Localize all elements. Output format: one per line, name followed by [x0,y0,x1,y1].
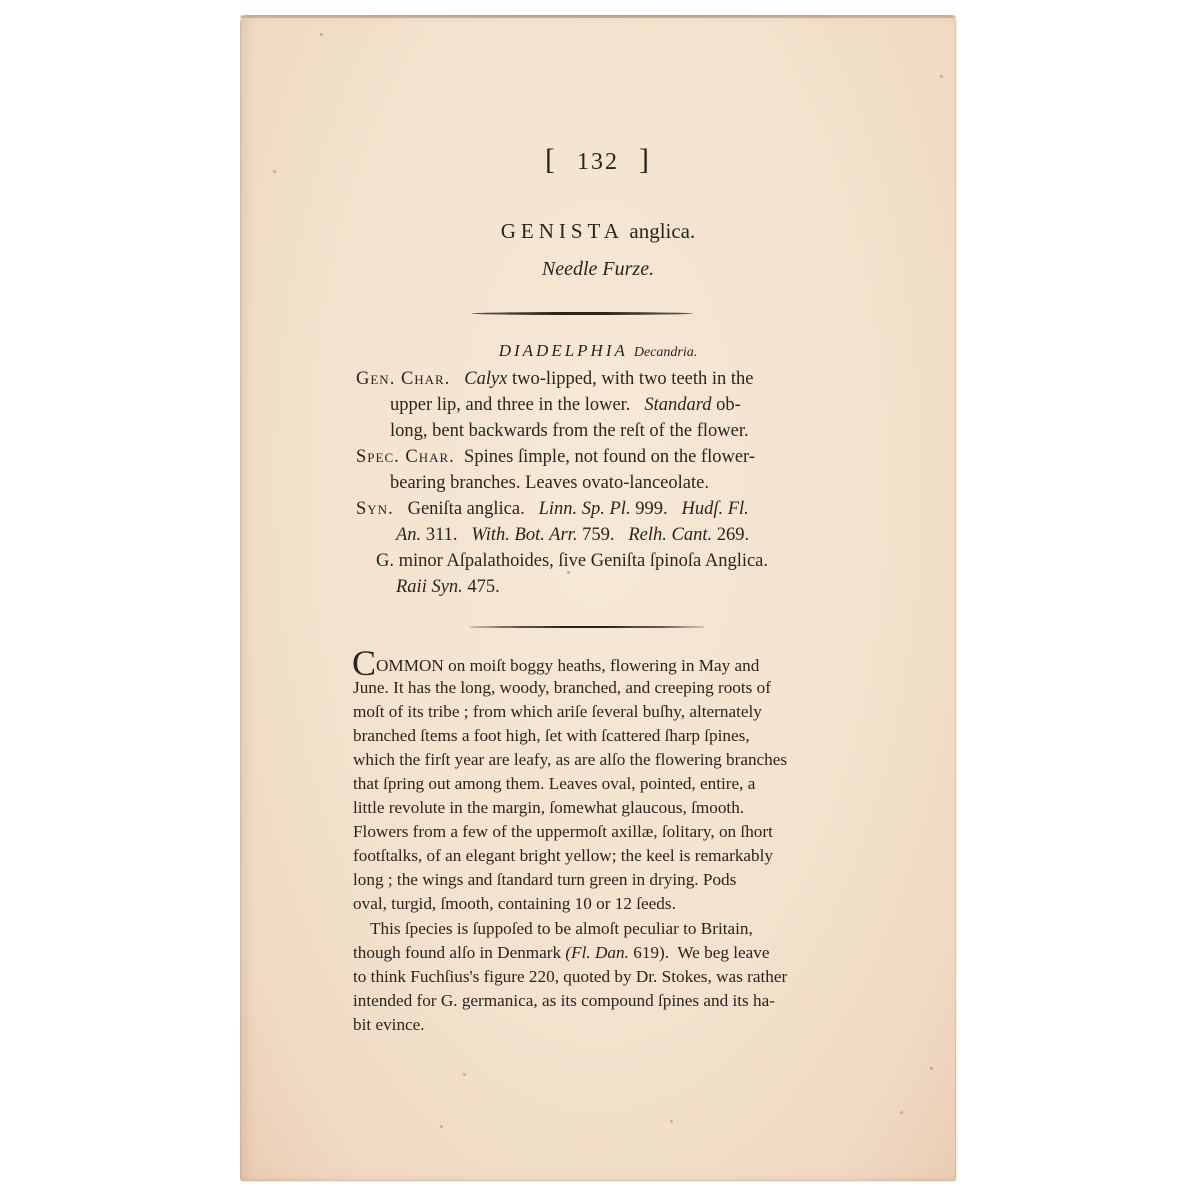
description-p2-line-4: intended for G. germanica, as its compou… [353,991,775,1011]
description-line-5: which the firſt year are leafy, as are a… [353,750,787,770]
citation-number: 475. [467,577,499,597]
genus-name: GENISTA [501,219,624,243]
gen-char-label: Gen. Char. [356,369,450,389]
citation: Raii Syn. [396,577,463,597]
citation-number: 759. [582,525,614,545]
page-number: [132] [240,143,956,177]
bracket-open: [ [545,143,557,176]
paper-speck [320,33,323,36]
description-line-2: June. It has the long, woody, branched, … [353,678,771,698]
description-p2-line-1: This ſpecies is ſuppoſed to be almoſt pe… [370,919,753,939]
common-name: Needle Furze. [240,258,956,281]
description-line-9: footſtalks, of an elegant bright yellow;… [353,846,773,866]
syn-line-3: G. minor Aſpalathoides, ſive Geniſta ſpi… [376,551,768,572]
citation: (Fl. Dan. [565,943,629,962]
spec-char-line-2: bearing branches. Leaves ovato-lanceolat… [390,473,709,494]
citation-number: 999. [635,499,667,519]
gen-char-line-1: Gen. Char. Calyx two-lipped, with two te… [356,369,754,390]
spec-char-label: Spec. Char. [356,447,455,467]
paper-speck [900,1111,903,1114]
description-line-11: oval, turgid, ſmooth, containing 10 or 1… [353,894,676,914]
description-line-6: that ſpring out among them. Leaves oval,… [353,774,755,794]
description-p2-line-2: though found alſo in Denmark (Fl. Dan. 6… [353,943,769,963]
italic-term: Standard [644,395,711,415]
linnaean-classification: DIADELPHIADecandria. [240,341,956,361]
paper-speck [940,75,943,78]
italic-term: Calyx [464,369,507,389]
text-run: two-lipped, with two teeth in the [512,369,754,389]
text-run: We beg leave [677,943,769,962]
gen-char-line-3: long, bent backwards from the reſt of th… [390,421,749,442]
description-line-8: Flowers from a few of the uppermoſt axil… [353,822,773,842]
gen-char-line-2: upper lip, and three in the lower. Stand… [390,395,741,416]
text-run: OMMON on moiſt boggy heaths, flowering i… [376,656,759,675]
syn-line-1: Syn. Geniſta anglica. Linn. Sp. Pl. 999.… [356,499,749,520]
syn-label: Syn. [356,499,394,519]
syn-line-4: Raii Syn. 475. [396,577,500,598]
description-line-4: branched ſtems a foot high, ſet with ſca… [353,726,750,746]
order-name: Decandria. [634,345,697,360]
citation: Linn. Sp. Pl. [539,499,631,519]
syn-line-2: An. 311. With. Bot. Arr. 759. Relh. Cant… [396,525,749,546]
page-number-value: 132 [577,149,619,175]
description-line-10: long ; the wings and ſtandard turn green… [353,870,736,890]
text-run: ob- [716,395,741,415]
divider-rule [471,312,693,315]
species-title: GENISTA anglica. [240,218,956,244]
citation-number: 311. [426,525,458,545]
text-run: upper lip, and three in the lower. [390,395,630,415]
citation: With. Bot. Arr. [471,525,577,545]
paper-speck [930,1067,933,1070]
divider-rule [469,626,705,628]
citation-number: 269. [717,525,749,545]
paper-speck [440,1125,443,1128]
book-page: [132] GENISTA anglica. Needle Furze. DIA… [240,15,956,1181]
description-p2-line-3: to think Fuchſius's figure 220, quoted b… [353,967,787,987]
description-p2-line-5: bit evince. [353,1015,425,1035]
text-run: Geniſta anglica. [408,499,525,519]
class-name: DIADELPHIA [499,341,628,360]
citation: An. [396,525,421,545]
paper-speck [670,1120,673,1123]
paper-speck [463,1073,466,1076]
description-line-1: COMMON on moiſt boggy heaths, flowering … [352,645,759,681]
citation-number: 619). [633,943,669,962]
species-name: anglica. [629,219,695,243]
drop-cap: C [352,643,376,683]
citation: Hudſ. Fl. [681,499,748,519]
text-run: though found alſo in Denmark [353,943,561,962]
citation: Relh. Cant. [628,525,712,545]
description-line-3: moſt of its tribe ; from which ariſe ſev… [353,702,762,722]
description-line-7: little revolute in the margin, ſomewhat … [353,798,744,818]
text-run: Spines ſimple, not found on the flower- [464,447,755,467]
bracket-close: ] [639,143,651,176]
spec-char-line-1: Spec. Char. Spines ſimple, not found on … [356,447,755,468]
